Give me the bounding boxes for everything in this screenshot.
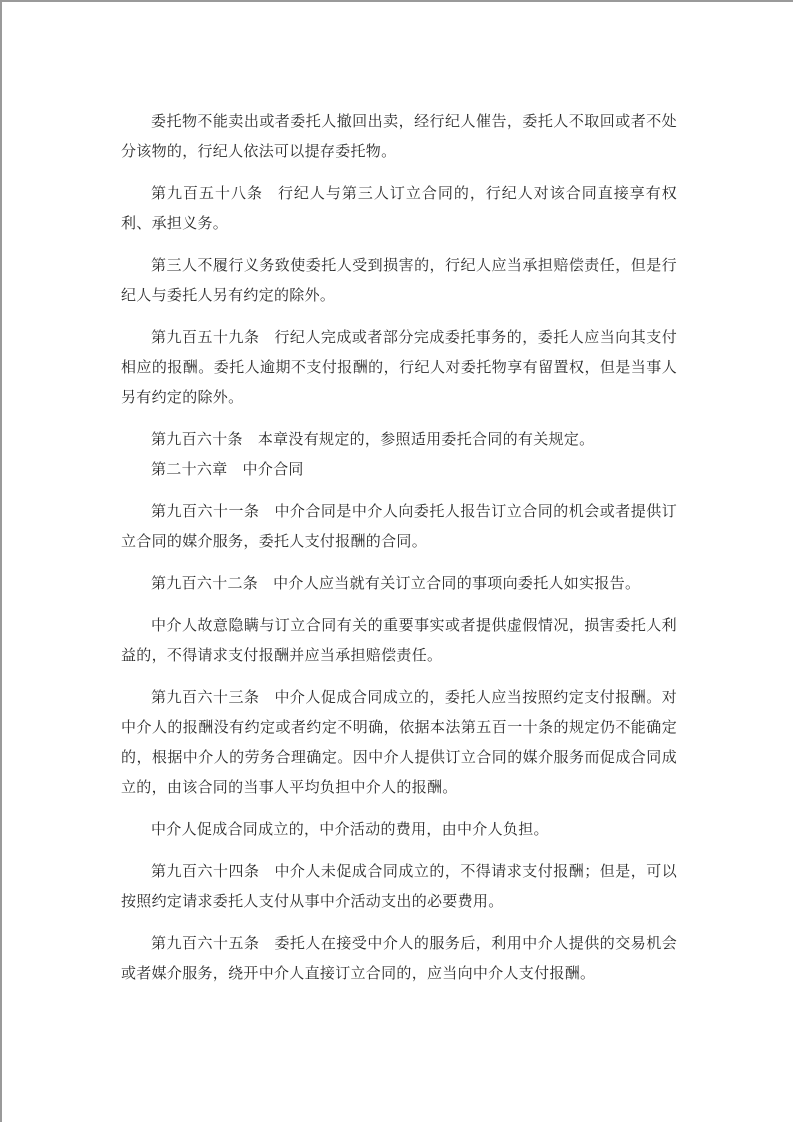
article-number: 第九百五十八条 — [151, 184, 263, 202]
article-961: 第九百六十一条中介合同是中介人向委托人报告订立合同的机会或者提供订立合同的媒介服… — [121, 496, 677, 556]
article-958: 第九百五十八条行纪人与第三人订立合同的，行纪人对该合同直接享有权利、承担义务。 — [121, 178, 677, 238]
paragraph-text: 委托物不能卖出或者委托人撤回出卖，经行纪人催告，委托人不取回或者不处分该物的，行… — [121, 112, 677, 160]
article-text: 中介人应当就有关订立合同的事项向委托人如实报告。 — [273, 574, 640, 592]
article-number: 第九百六十二条 — [151, 574, 258, 592]
article-962: 第九百六十二条中介人应当就有关订立合同的事项向委托人如实报告。 — [121, 568, 677, 598]
article-number: 第九百六十四条 — [151, 862, 259, 880]
chapter-title: 中介合同 — [243, 460, 304, 478]
paragraph-intermediary-expenses: 中介人促成合同成立的，中介活动的费用，由中介人负担。 — [121, 814, 677, 844]
article-960: 第九百六十条本章没有规定的，参照适用委托合同的有关规定。 — [121, 424, 677, 454]
article-959: 第九百五十九条行纪人完成或者部分完成委托事务的，委托人应当向其支付相应的报酬。委… — [121, 322, 677, 412]
paragraph-text: 中介人故意隐瞒与订立合同有关的重要事实或者提供虚假情况，损害委托人利益的，不得请… — [121, 616, 677, 664]
chapter-number: 第二十六章 — [151, 460, 228, 478]
article-number: 第九百六十三条 — [151, 688, 259, 706]
paragraph-text: 中介人促成合同成立的，中介活动的费用，由中介人负担。 — [151, 820, 549, 838]
article-965: 第九百六十五条委托人在接受中介人的服务后，利用中介人提供的交易机会或者媒介服务，… — [121, 928, 677, 988]
paragraph-intermediary-concealment: 中介人故意隐瞒与订立合同有关的重要事实或者提供虚假情况，损害委托人利益的，不得请… — [121, 610, 677, 670]
article-number: 第九百六十条 — [151, 430, 243, 448]
chapter-heading: 第二十六章中介合同 — [121, 454, 677, 484]
article-964: 第九百六十四条中介人未促成合同成立的，不得请求支付报酬；但是，可以按照约定请求委… — [121, 856, 677, 916]
article-number: 第九百六十五条 — [151, 934, 259, 952]
article-number: 第九百六十一条 — [151, 502, 259, 520]
article-number: 第九百五十九条 — [151, 328, 259, 346]
paragraph-consignment-storage: 委托物不能卖出或者委托人撤回出卖，经行纪人催告，委托人不取回或者不处分该物的，行… — [121, 106, 677, 166]
article-text: 本章没有规定的，参照适用委托合同的有关规定。 — [258, 430, 595, 448]
paragraph-third-party-liability: 第三人不履行义务致使委托人受到损害的，行纪人应当承担赔偿责任，但是行纪人与委托人… — [121, 250, 677, 310]
document-page: 委托物不能卖出或者委托人撤回出卖，经行纪人催告，委托人不取回或者不处分该物的，行… — [0, 0, 793, 1122]
document-body: 委托物不能卖出或者委托人撤回出卖，经行纪人催告，委托人不取回或者不处分该物的，行… — [121, 106, 677, 1000]
article-963: 第九百六十三条中介人促成合同成立的，委托人应当按照约定支付报酬。对中介人的报酬没… — [121, 682, 677, 802]
paragraph-text: 第三人不履行义务致使委托人受到损害的，行纪人应当承担赔偿责任，但是行纪人与委托人… — [121, 256, 677, 304]
